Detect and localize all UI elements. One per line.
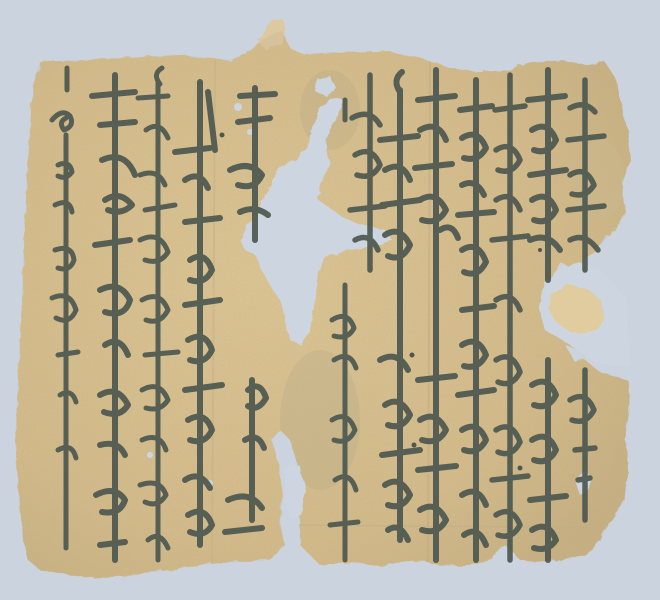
manuscript-fragment	[0, 0, 660, 600]
manuscript-photo: Manuscript fragment with vertical script	[0, 0, 660, 600]
pin-hole	[147, 452, 153, 458]
pin-hole	[234, 103, 242, 111]
